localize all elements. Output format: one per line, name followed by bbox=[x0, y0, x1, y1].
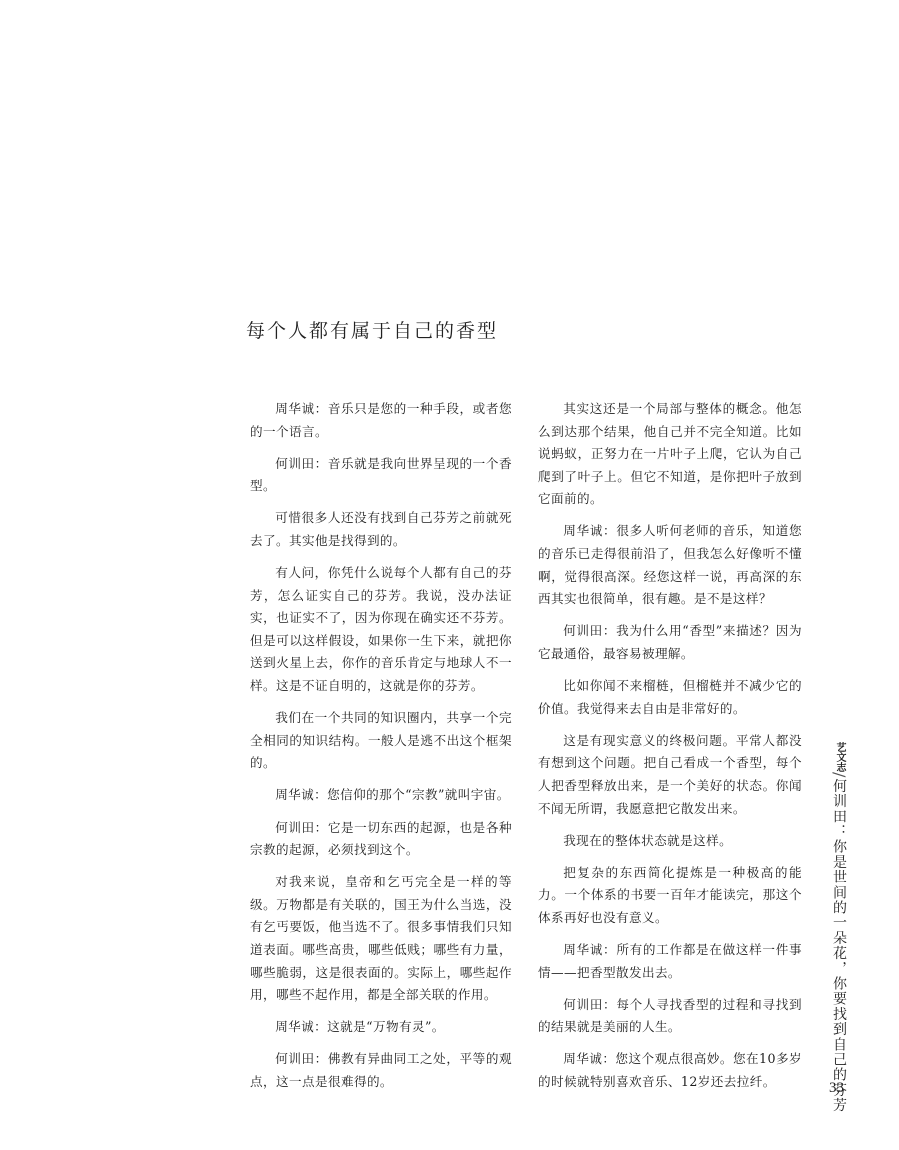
article-title: 何训田：你是世间的一朵花，你要找到自己的芬芳 bbox=[831, 779, 847, 1113]
right-column: 其实这还是一个局部与整体的概念。他怎么到达那个结果，他自己并不完全知道。比如说蚂… bbox=[538, 398, 802, 1103]
paragraph: 何训田：每个人寻找香型的过程和寻找到的结果就是美丽的人生。 bbox=[538, 994, 802, 1039]
paragraph: 周华诚：您信仰的那个“宗教”就叫宇宙。 bbox=[250, 784, 512, 807]
magazine-name: 艺文志 bbox=[834, 742, 845, 772]
paragraph: 这是有现实意义的终极问题。平常人都没有想到这个问题。把自己看成一个香型，每个人把… bbox=[538, 730, 802, 820]
section-title: 每个人都有属于自己的香型 bbox=[246, 316, 498, 343]
paragraph: 对我来说，皇帝和乞丐完全是一样的等级。万物都是有关联的，国王为什么当选，没有乞丐… bbox=[250, 871, 512, 1007]
paragraph: 我现在的整体状态就是这样。 bbox=[538, 830, 802, 853]
paragraph: 何训田：音乐就是我向世界呈现的一个香型。 bbox=[250, 453, 512, 498]
paragraph: 其实这还是一个局部与整体的概念。他怎么到达那个结果，他自己并不完全知道。比如说蚂… bbox=[538, 398, 802, 511]
paragraph: 周华诚：您这个观点很高妙。您在10多岁的时候就特别喜欢音乐、12岁还去拉纤。 bbox=[538, 1048, 802, 1093]
paragraph: 周华诚：音乐只是您的一种手段，或者您的一个语言。 bbox=[250, 398, 512, 443]
paragraph: 可惜很多人还没有找到自己芬芳之前就死去了。其实他是找得到的。 bbox=[250, 507, 512, 552]
paragraph: 周华诚：这就是“万物有灵”。 bbox=[250, 1016, 512, 1039]
paragraph: 有人问，你凭什么说每个人都有自己的芬芳，怎么证实自己的芬芳。我说，没办法证实，也… bbox=[250, 562, 512, 698]
left-column: 周华诚：音乐只是您的一种手段，或者您的一个语言。 何训田：音乐就是我向世界呈现的… bbox=[250, 398, 512, 1103]
running-head: 艺文志/何训田：你是世间的一朵花，你要找到自己的芬芳 bbox=[829, 742, 849, 1113]
paragraph: 何训田：佛教有异曲同工之处，平等的观点，这一点是很难得的。 bbox=[250, 1048, 512, 1093]
paragraph: 何训田：我为什么用“香型”来描述？因为它最通俗，最容易被理解。 bbox=[538, 620, 802, 665]
paragraph: 把复杂的东西简化提炼是一种极高的能力。一个体系的书要一百年才能读完，那这个体系再… bbox=[538, 862, 802, 930]
paragraph: 周华诚：很多人听何老师的音乐，知道您的音乐已走得很前沿了，但我怎么好像听不懂啊，… bbox=[538, 520, 802, 610]
paragraph: 周华诚：所有的工作都是在做这样一件事情——把香型散发出去。 bbox=[538, 939, 802, 984]
paragraph: 何训田：它是一切东西的起源，也是各种宗教的起源，必须找到这个。 bbox=[250, 817, 512, 862]
paragraph: 比如你闻不来榴梿，但榴梿并不减少它的价值。我觉得来去自由是非常好的。 bbox=[538, 675, 802, 720]
paragraph: 我们在一个共同的知识圈内，共享一个完全相同的知识结构。一般人是逃不出这个框架的。 bbox=[250, 707, 512, 775]
page-number: 33 bbox=[829, 1080, 844, 1097]
separator: / bbox=[830, 772, 849, 779]
